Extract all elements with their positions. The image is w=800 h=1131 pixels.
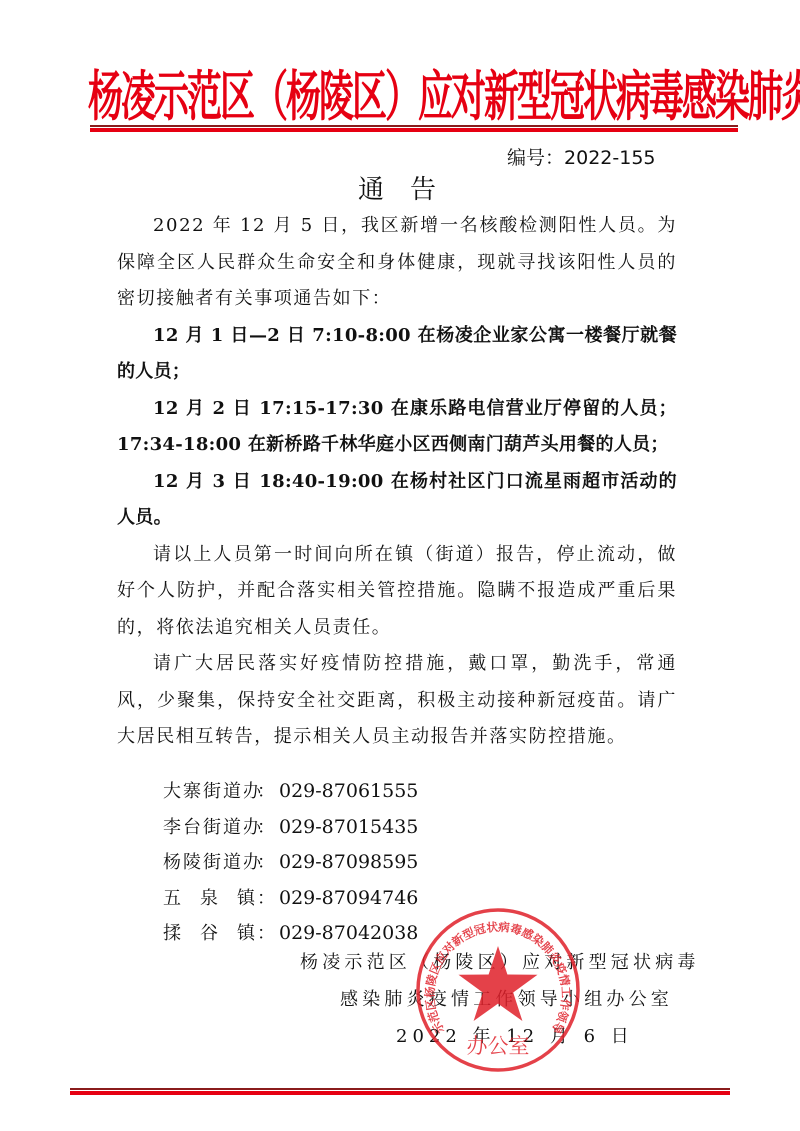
paragraph-prevention-advice: 请广大居民落实好疫情防控措施，戴口罩，勤洗手，常通风，少聚集，保持安全社交距离，…: [117, 646, 677, 756]
document-number-value: 2022-155: [564, 147, 655, 169]
contact-row: 李台街道办 ： 029-87015435: [163, 810, 418, 846]
contact-colon: ：: [257, 916, 279, 952]
contact-row: 五泉镇 ： 029-87094746: [163, 881, 418, 917]
contact-name: 李台街道办: [163, 810, 257, 846]
notice-title: 通告: [0, 173, 800, 207]
signature-issuer-line-1: 杨凌示范区（杨陵区）应对新型冠状病毒: [300, 944, 720, 981]
contact-name: 五泉镇: [163, 881, 257, 917]
contact-list: 大寨街道办 ： 029-87061555 李台街道办 ： 029-8701543…: [163, 774, 418, 952]
paragraph-location-3: 12 月 3 日 18:40-19:00 在杨村社区门口流星雨超市活动的人员。: [117, 464, 677, 537]
paragraph-location-2: 12 月 2 日 17:15-17:30 在康乐路电信营业厅停留的人员；17:3…: [117, 391, 677, 464]
contact-colon: ：: [257, 810, 279, 846]
contact-colon: ：: [257, 774, 279, 810]
signature-issuer-line-2: 感染肺炎疫情工作领导小组办公室: [300, 981, 720, 1018]
signature-date: 2022 年 12 月 6 日: [300, 1018, 720, 1055]
paragraph-intro: 2022 年 12 月 5 日，我区新增一名核酸检测阳性人员。为保障全区人民群众…: [117, 208, 677, 318]
contact-phone: 029-87098595: [279, 845, 418, 881]
contact-phone: 029-87094746: [279, 881, 418, 917]
contact-name: 揉谷镇: [163, 916, 257, 952]
notice-body: 2022 年 12 月 5 日，我区新增一名核酸检测阳性人员。为保障全区人民群众…: [117, 208, 677, 756]
contact-row: 杨陵街道办 ： 029-87098595: [163, 845, 418, 881]
letterhead-title: 杨凌示范区（杨陵区）应对新型冠状病毒感染肺炎疫情工作领导小组办公室: [88, 48, 728, 147]
document-number: 编号：2022-155: [507, 146, 656, 170]
letterhead-divider-thick: [90, 128, 738, 132]
document-number-label: 编号：: [507, 147, 564, 169]
contact-phone: 029-87061555: [279, 774, 418, 810]
footer-divider-thin: [70, 1088, 730, 1090]
footer-divider-thick: [70, 1091, 730, 1095]
contact-name: 大寨街道办: [163, 774, 257, 810]
signature-block: 杨凌示范区（杨陵区）应对新型冠状病毒 感染肺炎疫情工作领导小组办公室 2022 …: [300, 944, 720, 1055]
contact-row: 大寨街道办 ： 029-87061555: [163, 774, 418, 810]
paragraph-location-1: 12 月 1 日—2 日 7:10-8:00 在杨凌企业家公寓一楼餐厅就餐的人员…: [117, 318, 677, 391]
contact-colon: ：: [257, 845, 279, 881]
contact-phone: 029-87015435: [279, 810, 418, 846]
contact-name: 杨陵街道办: [163, 845, 257, 881]
letterhead-divider-thin: [90, 125, 738, 127]
contact-colon: ：: [257, 881, 279, 917]
paragraph-reporting-instructions: 请以上人员第一时间向所在镇（街道）报告，停止流动，做好个人防护，并配合落实相关管…: [117, 537, 677, 647]
